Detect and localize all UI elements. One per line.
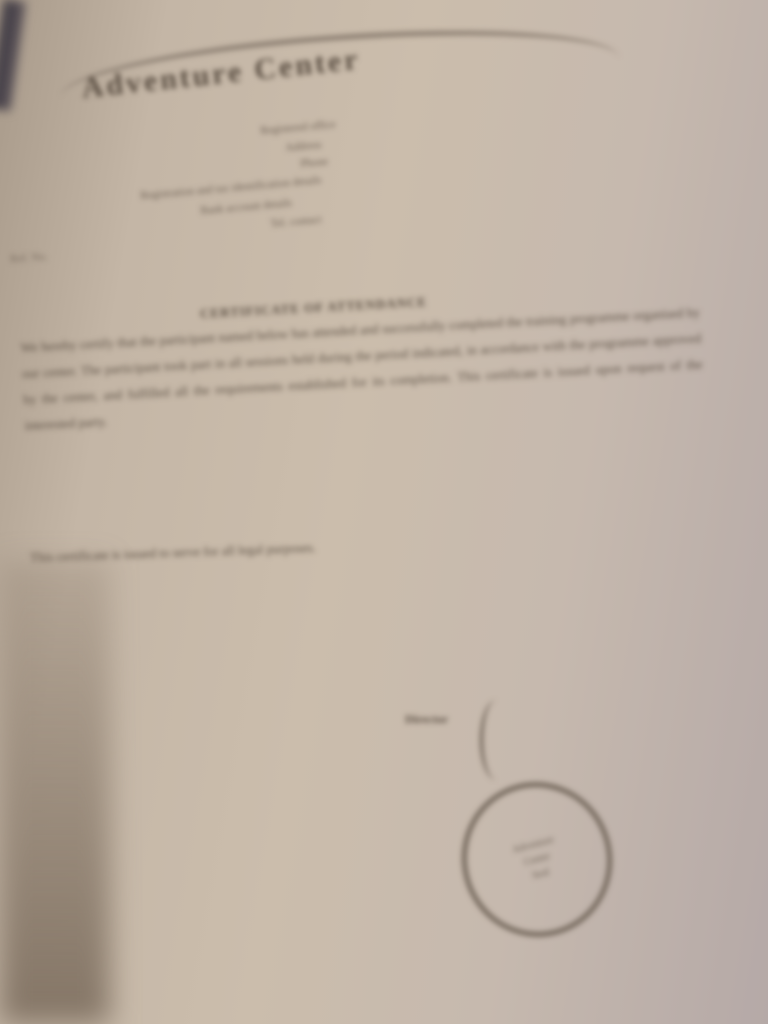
- header-line: Phone: [300, 156, 328, 170]
- header-line: Tel. contact: [270, 214, 322, 230]
- header-line: Registration and tax identification deta…: [140, 174, 322, 202]
- reference-number: Ref. No.: [10, 251, 48, 266]
- header-line: Address: [285, 139, 322, 154]
- header-line: Bank account details: [200, 197, 292, 217]
- signature-label: Director: [405, 712, 448, 727]
- document-sheet: Adventure Center Registered office Addre…: [0, 0, 768, 1024]
- signature-icon: [480, 700, 513, 780]
- body-paragraph: We hereby certify that the participant n…: [20, 299, 705, 438]
- official-stamp: Adventure Center Seal: [444, 765, 629, 954]
- stamp-text: Seal: [531, 866, 550, 881]
- closing-line: This certificate is issued to serve for …: [30, 530, 590, 566]
